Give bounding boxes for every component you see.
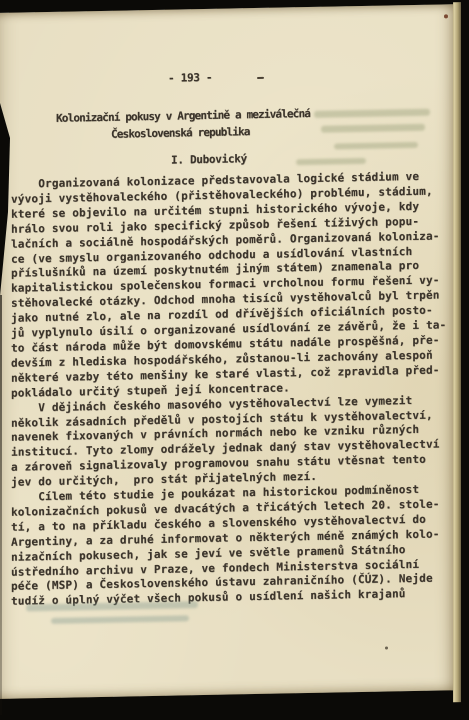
paper-speck [385, 646, 388, 649]
verso-text-showthrough [51, 615, 189, 624]
verso-text-showthrough [321, 124, 425, 133]
article-title-line2: Československá republika [111, 125, 250, 141]
author-name: I. Dubovický [171, 152, 247, 166]
verso-text-showthrough [296, 158, 366, 165]
page-stack-edge [453, 2, 461, 702]
verso-text-showthrough [314, 109, 430, 118]
book-scan-scene: - 193 - Kolonizační pokusy v Argentině a… [0, 0, 469, 720]
article-title-line1: Kolonizační pokusy v Argentině a mezivál… [56, 107, 310, 125]
page-number: - 193 - [168, 71, 212, 85]
body-text: Organizovaná kolonizace představovala lo… [11, 169, 446, 610]
ink-speck [257, 77, 264, 79]
paper-stain [444, 14, 448, 18]
document-page: - 193 - Kolonizační pokusy v Argentině a… [0, 4, 454, 699]
gutter-shadow-line [0, 295, 2, 715]
verso-text-showthrough [334, 142, 418, 150]
